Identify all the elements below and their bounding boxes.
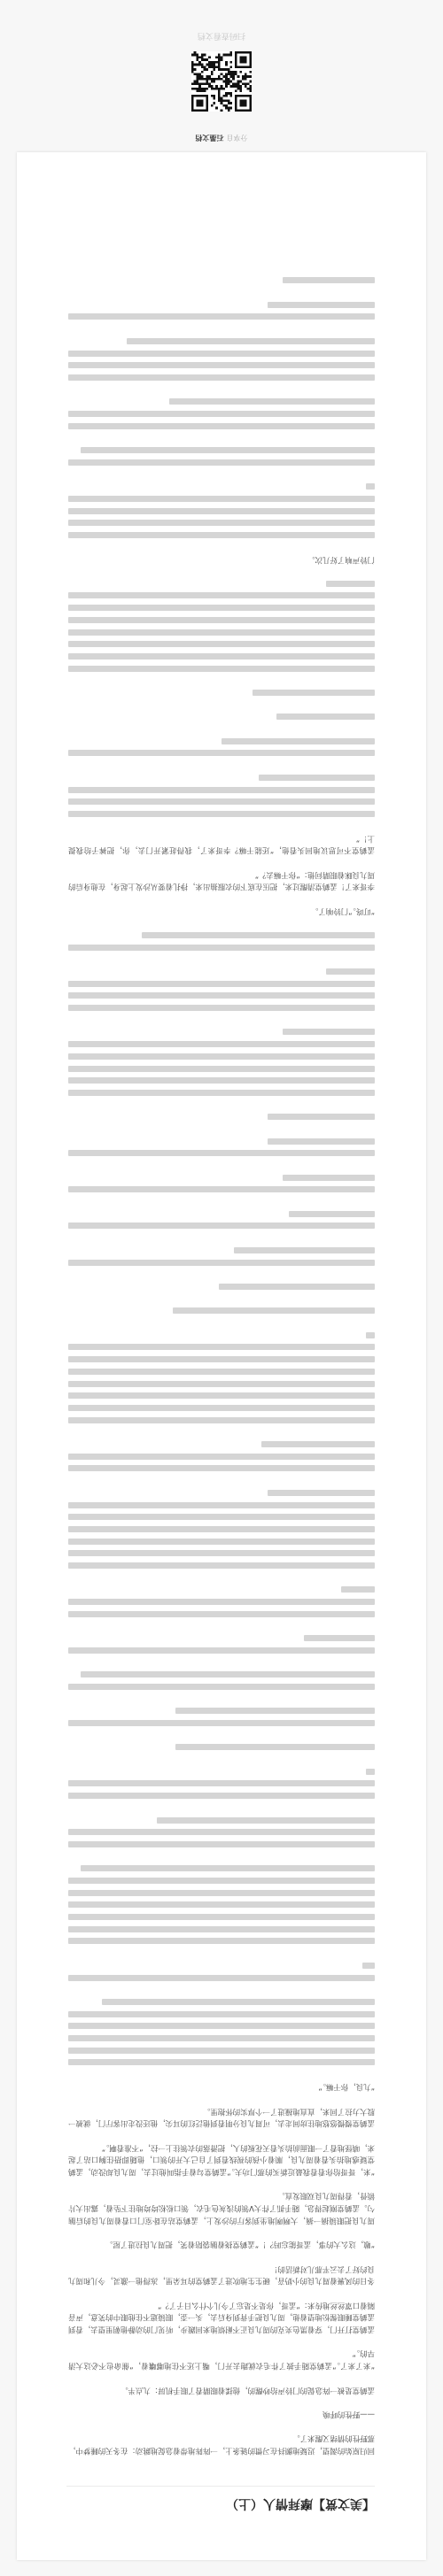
text-line-placeholder [68,590,375,602]
article-paragraph-untranscribed [68,1814,375,1850]
article-paragraph: 孟鹤堂打开门，穿着黑色夹克的周九良正不耐烦地来回踱步，听见门的动静他朝里望去，看… [68,2299,375,2335]
scan-hint: 扫码查看文档 [0,30,443,40]
text-line-placeholder [68,2032,375,2045]
text-line-placeholder [219,1281,375,1293]
text-line-placeholder [68,1608,375,1620]
article-paragraph-untranscribed [68,274,375,287]
article-paragraph-untranscribed [68,481,375,542]
text-line-placeholder [68,1062,375,1075]
source-name[interactable]: 石墨文档 [196,134,224,142]
text-line-placeholder [276,711,375,723]
text-line-placeholder [234,1245,375,1257]
article-paragraph-untranscribed [68,735,375,759]
text-line-placeholder [268,298,375,311]
text-line-placeholder [68,602,375,614]
text-line-placeholder [68,1790,375,1802]
text-line-placeholder [68,1499,375,1511]
text-line-placeholder [68,1911,375,1924]
text-line-placeholder [68,517,375,529]
text-line-placeholder [68,1184,375,1196]
text-line-placeholder [68,941,375,953]
article-paragraph-untranscribed [68,772,375,821]
text-line-placeholder [68,1366,375,1378]
article-paragraph: 冬日的风裹着周九良的小奶音，硬生生地吹进了孟鹤堂的耳朵里，冻得他一激灵，今儿和周… [68,2263,375,2287]
article-paragraph-untranscribed [68,1863,375,1947]
text-line-placeholder [157,1814,375,1826]
article-paragraph-untranscribed [68,1135,375,1159]
text-line-placeholder [68,347,375,359]
article-paragraph-untranscribed [68,1669,375,1693]
article-paragraph-untranscribed [68,335,375,384]
text-line-placeholder [81,1863,375,1875]
text-line-placeholder [283,1026,375,1038]
text-line-placeholder [268,1135,375,1147]
text-line-placeholder [68,1826,375,1839]
article-paragraph: “九良，你干嘛。” [68,2081,375,2094]
text-line-placeholder [68,493,375,505]
text-line-placeholder [175,1741,375,1754]
text-line-placeholder [366,1765,375,1778]
text-line-placeholder [68,1087,375,1099]
article-paragraph-untranscribed [68,1281,375,1293]
article-paragraph: “来了来了。”孟鹤堂随手披了件毛衣就跑去开门，嘴上还不住地嘟囔着，“催命也不必这… [68,2348,375,2372]
source-prefix: 分享自 [227,134,248,142]
text-line-placeholder [68,1462,375,1475]
text-line-placeholder [68,1075,375,1087]
text-line-placeholder [68,1256,375,1269]
text-line-placeholder [68,1402,375,1415]
article-paragraph-untranscribed [68,1111,375,1123]
text-line-placeholder [68,1377,375,1390]
text-line-placeholder [68,1645,375,1657]
text-line-placeholder [175,1705,375,1717]
text-line-placeholder [268,1111,375,1123]
article-paragraph: 孟鹤堂不可思议地回头看他，“还能干嘛？李哥来了，我得赶紧开门去，你，把裤子给我提… [68,832,375,856]
article-paragraph: 孟鹤堂是被一阵急促的门铃声给吵醒的，他揉着眼睛看了眼手机屏：九点半。 [68,2384,375,2396]
text-line-placeholder [68,372,375,384]
text-line-placeholder [68,783,375,796]
article-title: 【美文赏】摩拜情人（上） [66,2495,375,2512]
article-paragraph: 李哥来了！孟鹤堂清醒过来，把压在底下的衣服抽出来，挣扎着要从沙发上起身，在他身后… [68,868,375,892]
text-line-placeholder [68,977,375,990]
text-line-placeholder [68,1717,375,1730]
article-paragraph-untranscribed [68,1329,375,1426]
article-paragraph-untranscribed [68,1208,375,1232]
article-paragraph-untranscribed [68,298,375,322]
article-paragraph-untranscribed [68,1741,375,1754]
text-line-placeholder [68,1511,375,1523]
text-line-placeholder [68,1935,375,1947]
text-line-placeholder [68,2008,375,2020]
article-paragraph: “叮咚。”门铃响了。 [68,905,375,917]
text-line-placeholder [68,1899,375,1911]
text-line-placeholder [68,638,375,651]
article-paragraph-untranscribed [68,444,375,468]
rotated-page: 【美文赏】摩拜情人（上） 回归原始的渴望，迟疑地颤抖在习惯的链条上，一阵阵地带着… [0,0,443,2576]
article-paragraph-untranscribed [68,1486,375,1571]
text-line-placeholder [81,1669,375,1681]
text-line-placeholder [68,796,375,808]
article-body: 回归原始的渴望，迟疑地颤抖在习惯的链条上，一阵阵地带着急促地跳动：在冬天的睡梦中… [68,262,375,2456]
text-line-placeholder [68,1839,375,1851]
text-line-placeholder [283,1171,375,1184]
text-line-placeholder [68,505,375,517]
text-line-placeholder [268,1487,375,1500]
text-line-placeholder [221,735,375,747]
article-paragraph-untranscribed [68,1705,375,1729]
text-line-placeholder [68,2044,375,2056]
text-line-placeholder [68,1051,375,1063]
text-line-placeholder [289,1208,375,1221]
text-line-placeholder [68,1924,375,1936]
text-line-placeholder [102,1996,375,2009]
text-line-placeholder [68,1341,375,1354]
text-line-placeholder [169,396,375,408]
article-paragraph: 回归原始的渴望，迟疑地颤抖在习惯的链条上，一阵阵地带着急促地跳动：在冬天的睡梦中… [68,2433,375,2456]
text-line-placeholder [68,420,375,432]
text-line-placeholder [68,529,375,542]
text-line-placeholder [68,1560,375,1572]
text-line-placeholder [68,626,375,638]
qr-code-icon[interactable] [191,51,252,112]
text-line-placeholder [68,1002,375,1014]
text-line-placeholder [366,481,375,493]
text-line-placeholder [127,335,375,348]
text-line-placeholder [68,1971,375,1984]
title-divider [66,2486,375,2487]
article-paragraph-untranscribed [68,966,375,1014]
article-paragraph-untranscribed [68,1438,375,1475]
article-paragraph-untranscribed [68,577,375,675]
text-line-placeholder [68,747,375,760]
text-line-placeholder [304,1632,375,1645]
source-attribution: 分享自石墨文档 [0,133,443,142]
text-line-placeholder [68,2020,375,2032]
text-line-placeholder [68,359,375,372]
text-line-placeholder [81,444,375,457]
text-line-placeholder [68,1390,375,1402]
text-line-placeholder [68,1414,375,1426]
text-line-placeholder [68,1596,375,1608]
article-paragraph: 门铃声响了好几次。 [68,553,375,566]
text-line-placeholder [68,651,375,663]
text-line-placeholder [68,1547,375,1560]
article-paragraph-untranscribed [68,1996,375,2069]
text-line-placeholder [253,687,375,699]
text-line-placeholder [68,311,375,323]
article-paragraph: “嗷，这么大的事，孟哥能忘吗？！”孟鹤堂挠着脑袋陪着笑，把周九良拉进了屋。 [68,2239,375,2251]
text-line-placeholder [68,1038,375,1051]
article-paragraph-untranscribed [68,711,375,723]
article-paragraph: “来，哥哥给你看看我最近新买的那门功夫。”孟鹤堂勾着手指叫他过去，周九良却没动，… [68,2141,375,2178]
article-paragraph-untranscribed [68,1245,375,1269]
article-paragraph-untranscribed [68,1960,375,1984]
article-paragraph-untranscribed [68,396,375,432]
text-line-placeholder [366,1330,375,1342]
text-line-placeholder [142,929,375,942]
text-line-placeholder [261,1438,375,1451]
article-paragraph-untranscribed [68,687,375,699]
text-line-placeholder [68,1886,375,1899]
text-line-placeholder [68,1450,375,1462]
text-line-placeholder [68,456,375,468]
text-line-placeholder [68,1535,375,1547]
text-line-placeholder [259,772,375,784]
text-line-placeholder [68,1523,375,1536]
text-line-placeholder [68,408,375,420]
article-paragraph-untranscribed [68,1632,375,1656]
text-line-placeholder [173,1305,375,1317]
article-paragraph-untranscribed [68,929,375,953]
article-paragraph: ——野性的呼唤 [68,2408,375,2420]
text-line-placeholder [283,274,375,287]
text-line-placeholder [362,1960,375,1972]
text-line-placeholder [68,808,375,821]
article-paragraph: 孟鹤堂慢慢悠悠地往房间走去，可周九良分明看到他泛红的耳尖，他还没走出客厅门，就被… [68,2105,375,2129]
article-paragraph-untranscribed [68,1584,375,1620]
text-line-placeholder [68,1220,375,1232]
text-line-placeholder [68,1147,375,1160]
article-card: 【美文赏】摩拜情人（上） 回归原始的渴望，迟疑地颤抖在习惯的链条上，一阵阵地带着… [17,152,426,2560]
article-paragraph-untranscribed [68,1026,375,1099]
article-paragraph-untranscribed [68,1171,375,1195]
article-paragraph-untranscribed [68,1305,375,1317]
text-line-placeholder [68,614,375,627]
article-paragraph: 周九良把眼镜摘一摘，大咧咧地坐到客厅的沙发上，孟鹤堂站在卧室门口看着周九良的后脑… [68,2190,375,2226]
text-line-placeholder [68,1681,375,1693]
text-line-placeholder [68,990,375,1002]
article-paragraph-untranscribed [68,1765,375,1801]
text-line-placeholder [341,1584,375,1596]
text-line-placeholder [68,1875,375,1887]
text-line-placeholder [326,578,375,590]
text-line-placeholder [326,966,375,978]
text-line-placeholder [68,1778,375,1790]
text-line-placeholder [68,2056,375,2069]
text-line-placeholder [68,1354,375,1366]
text-line-placeholder [68,662,375,675]
